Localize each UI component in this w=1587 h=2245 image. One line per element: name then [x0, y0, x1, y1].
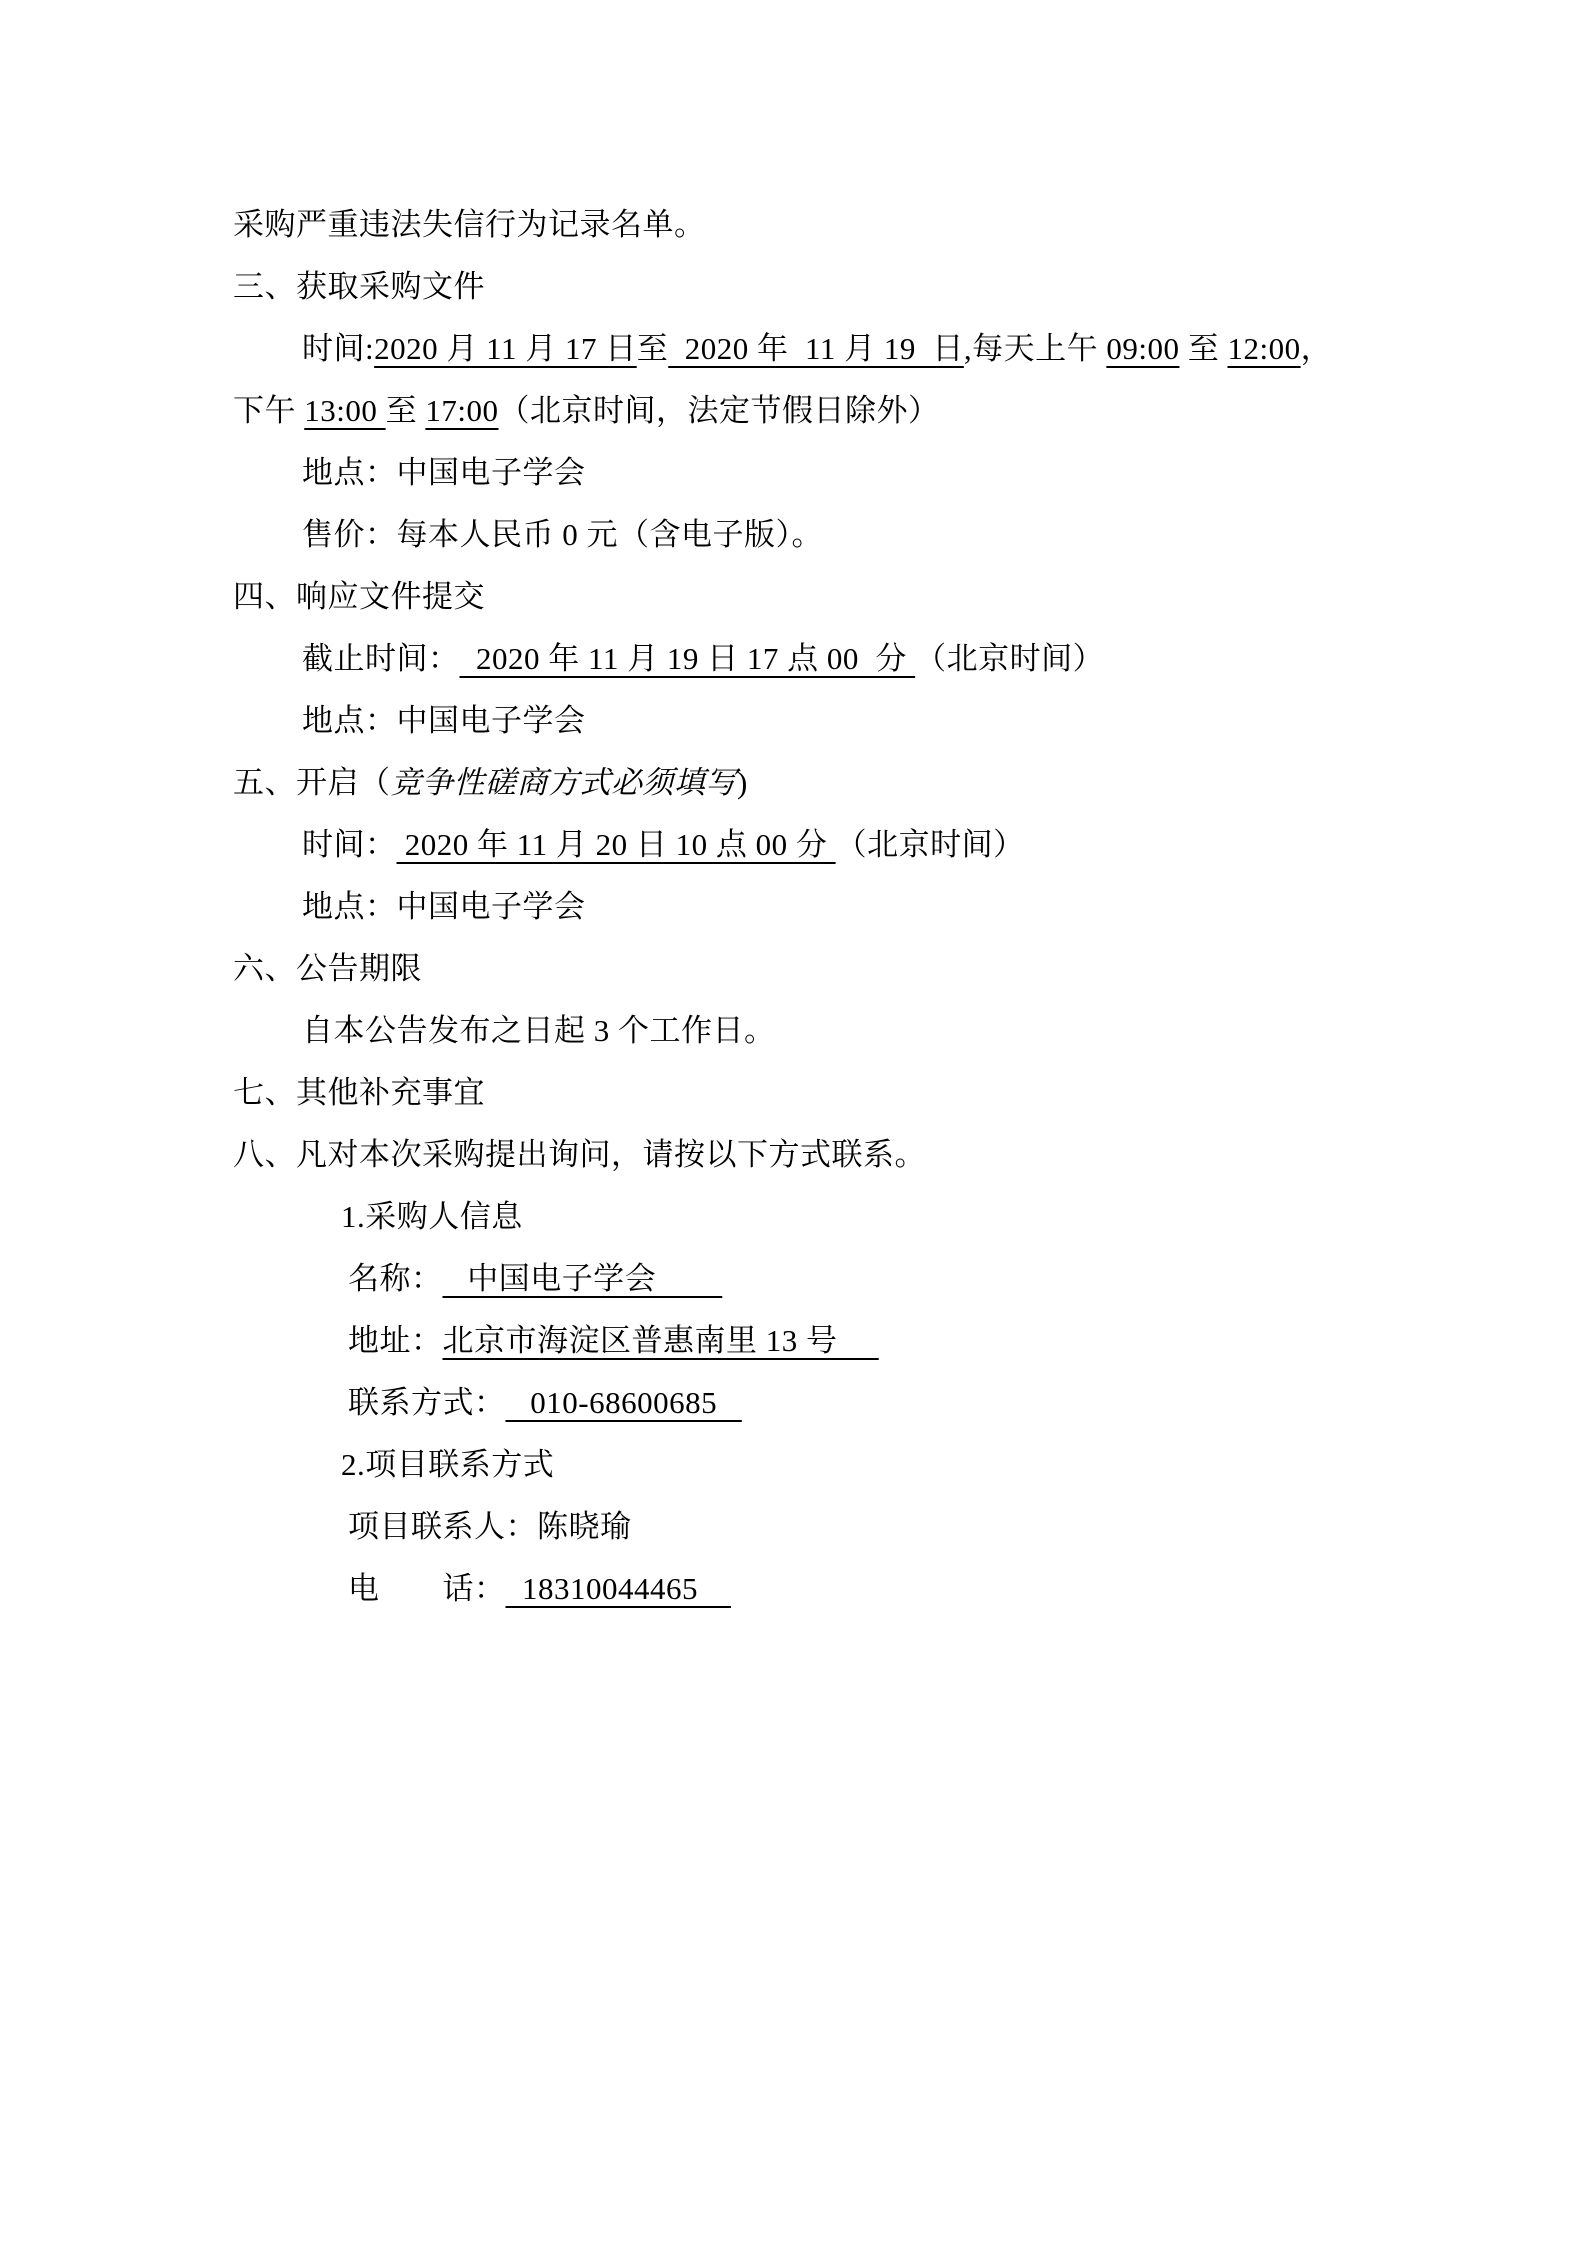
text-segment: 电 话： — [348, 1571, 506, 1606]
line-project-contact-person: 项目联系人：陈晓瑜 — [233, 1496, 1527, 1558]
line-document-price: 售价：每本人民币 0 元（含电子版）。 — [233, 504, 1527, 566]
text-segment: 自本公告发布之日起 3 个工作日。 — [302, 1013, 776, 1048]
underlined-field: 18310044465 — [506, 1571, 732, 1606]
underlined-field: 17:00 — [425, 393, 498, 428]
line-opening-time: 时间： 2020 年 11 月 20 日 10 点 00 分 （北京时间） — [233, 814, 1527, 876]
text-segment: （北京时间） — [836, 827, 1025, 862]
text-segment: 1.采购人信息 — [341, 1199, 523, 1234]
underlined-field: 2020 月 11 月 17 日 — [374, 331, 637, 366]
text-segment: （北京时间） — [915, 641, 1104, 676]
heading-section-6-announcement-period: 六、公告期限 — [233, 938, 1527, 1000]
line-project-phone: 电 话： 18310044465 — [233, 1558, 1527, 1620]
underlined-field: 12:00 — [1227, 331, 1300, 366]
text-segment: ) — [737, 765, 748, 800]
text-segment: （北京时间，法定节假日除外） — [499, 393, 940, 428]
text-segment: 项目联系人：陈晓瑜 — [348, 1509, 632, 1544]
line-obtain-time-continued: 下午 13:00 至 17:00（北京时间，法定节假日除外） — [233, 380, 1527, 442]
text-segment: 四、响应文件提交 — [233, 579, 485, 614]
line-submission-deadline: 截止时间： 2020 年 11 月 19 日 17 点 00 分 （北京时间） — [233, 628, 1527, 690]
subheading-1-purchaser-info: 1.采购人信息 — [233, 1186, 1527, 1248]
underlined-field: 2020 年 11 月 20 日 10 点 00 分 — [397, 827, 836, 862]
heading-section-8-contact-intro: 八、凡对本次采购提出询问，请按以下方式联系。 — [233, 1124, 1527, 1186]
text-segment: 截止时间： — [302, 641, 460, 676]
text-segment: 至 — [1179, 331, 1227, 366]
text-segment: 至 — [637, 331, 669, 366]
text-segment: ,每天上午 — [964, 331, 1107, 366]
heading-section-3-obtain-documents: 三、获取采购文件 — [233, 256, 1527, 318]
text-segment: 八、凡对本次采购提出询问，请按以下方式联系。 — [233, 1137, 926, 1172]
line-opening-location: 地点：中国电子学会 — [233, 876, 1527, 938]
underlined-field: 中国电子学会 — [443, 1261, 723, 1296]
text-segment: 下午 — [233, 393, 304, 428]
line-purchaser-name: 名称： 中国电子学会 — [233, 1248, 1527, 1310]
underlined-field: 09:00 — [1106, 331, 1179, 366]
heading-section-4-response-submission: 四、响应文件提交 — [233, 566, 1527, 628]
text-segment: 2.项目联系方式 — [341, 1447, 554, 1482]
italic-note: 竞争性磋商方式必须填写 — [391, 765, 738, 800]
text-segment: 时间: — [302, 331, 374, 366]
text-segment: 地点：中国电子学会 — [302, 889, 586, 924]
heading-section-7-other-matters: 七、其他补充事宜 — [233, 1062, 1527, 1124]
text-segment: 地点：中国电子学会 — [302, 455, 586, 490]
underlined-field: 北京市海淀区普惠南里 13 号 — [443, 1323, 879, 1358]
text-segment: 五、开启（ — [233, 765, 391, 800]
line-announcement-period-value: 自本公告发布之日起 3 个工作日。 — [233, 1000, 1527, 1062]
line-purchaser-address: 地址：北京市海淀区普惠南里 13 号 — [233, 1310, 1527, 1372]
text-segment: 七、其他补充事宜 — [233, 1075, 485, 1110]
text-segment: 地址： — [348, 1323, 443, 1358]
text-segment: 时间： — [302, 827, 397, 862]
text-segment: 地点：中国电子学会 — [302, 703, 586, 738]
text-segment: 名称： — [348, 1261, 443, 1296]
text-segment: ， — [1301, 331, 1333, 366]
line-submission-location: 地点：中国电子学会 — [233, 690, 1527, 752]
document-lines: 采购严重违法失信行为记录名单。三、获取采购文件时间:2020 月 11 月 17… — [233, 194, 1527, 1620]
text-segment: 至 — [386, 393, 426, 428]
underlined-field: 2020 年 11 月 19 日 17 点 00 分 — [460, 641, 916, 676]
underlined-field: 13:00 — [304, 393, 385, 428]
text-segment: 三、获取采购文件 — [233, 269, 485, 304]
text-segment: 售价：每本人民币 0 元（含电子版）。 — [302, 517, 823, 552]
text-segment: 六、公告期限 — [233, 951, 422, 986]
document-page: 采购严重违法失信行为记录名单。三、获取采购文件时间:2020 月 11 月 17… — [0, 0, 1587, 2245]
line-purchaser-contact: 联系方式： 010-68600685 — [233, 1372, 1527, 1434]
subheading-2-project-contact: 2.项目联系方式 — [233, 1434, 1527, 1496]
text-segment: 采购严重违法失信行为记录名单。 — [233, 207, 706, 242]
underlined-field: 2020 年 11 月 19 日 — [668, 331, 964, 366]
line-obtain-location: 地点：中国电子学会 — [233, 442, 1527, 504]
underlined-field: 010-68600685 — [506, 1385, 742, 1420]
line-blacklist-record-note: 采购严重违法失信行为记录名单。 — [233, 194, 1527, 256]
line-obtain-time: 时间:2020 月 11 月 17 日至 2020 年 11 月 19 日,每天… — [233, 318, 1527, 380]
heading-section-5-opening: 五、开启（竞争性磋商方式必须填写) — [233, 752, 1527, 814]
text-segment: 联系方式： — [348, 1385, 506, 1420]
